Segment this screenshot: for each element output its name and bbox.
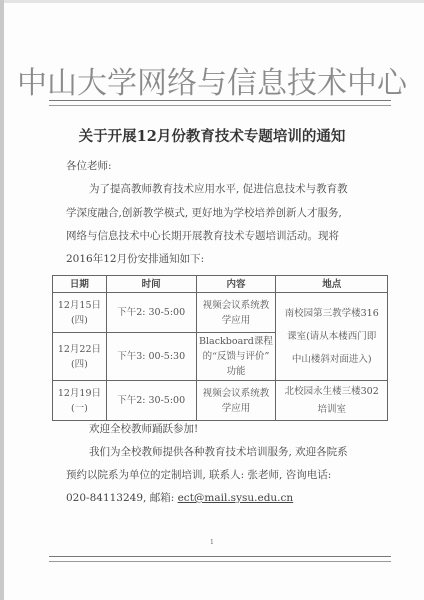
page-number: 1 xyxy=(210,539,214,546)
location-cell: 北校园永生楼三楼302培训室 xyxy=(276,381,388,421)
intro-line: 为了提高教师教育技术应用水平, 促进信息技术与教育教 xyxy=(89,181,348,196)
content-cell: Blackboard课程的“反馈与评价”功能 xyxy=(196,333,276,381)
contact-line: 020-84113249, 邮箱: ect@mail.sysu.edu.cn xyxy=(66,490,293,505)
time-cell: 下午2: 30-5:00 xyxy=(106,293,196,333)
welcome-text: 欢迎全校教师踊跃参加! xyxy=(89,421,198,436)
letterhead-rule xyxy=(49,100,391,106)
table-header-row: 日期 时间 内容 地点 xyxy=(53,276,388,293)
intro-line: 2016年12月份安排通知如下: xyxy=(66,251,204,266)
table-row: 12月19日(一) 下午2: 30-5:00 视频会议系统教学应用 北校园永生楼… xyxy=(53,381,388,421)
intro-line: 网络与信息技术中心长期开展教育技术专题培训活动。现将 xyxy=(66,228,339,243)
content-cell: 视频会议系统教学应用 xyxy=(196,293,276,333)
header-location: 地点 xyxy=(276,276,388,293)
salutation: 各位老师: xyxy=(66,158,112,173)
header-content: 内容 xyxy=(196,276,276,293)
header-date: 日期 xyxy=(53,276,107,293)
schedule-table: 日期 时间 内容 地点 12月15日(四) 下午2: 30-5:00 视频会议系… xyxy=(52,275,388,421)
phone-text: 020-84113249, 邮箱: xyxy=(66,492,178,504)
date-cell: 12月22日(四) xyxy=(53,333,107,381)
footer-rule xyxy=(49,556,391,562)
email-link[interactable]: ect@mail.sysu.edu.cn xyxy=(178,492,294,504)
letterhead-title: 中山大学网络与信息技术中心 xyxy=(0,58,424,102)
content-cell: 视频会议系统教学应用 xyxy=(196,381,276,421)
scan-top-edge xyxy=(0,0,424,3)
service-line: 我们为全校教师提供各种教育技术培训服务, 欢迎各院系 xyxy=(89,444,348,459)
date-cell: 12月19日(一) xyxy=(53,381,107,421)
location-cell: 南校园第三教学楼316课室(请从本楼西门即中山楼斜对面进入) xyxy=(276,293,388,381)
header-time: 时间 xyxy=(106,276,196,293)
notice-title: 关于开展12月份教育技术专题培训的通知 xyxy=(0,125,424,146)
date-cell: 12月15日(四) xyxy=(53,293,107,333)
time-cell: 下午3: 00-5:30 xyxy=(106,333,196,381)
table-row: 12月15日(四) 下午2: 30-5:00 视频会议系统教学应用 南校园第三教… xyxy=(53,293,388,333)
intro-line: 学深度融合,创新教学模式, 更好地为学校培养创新人才服务, xyxy=(66,205,342,220)
service-line: 预约以院系为单位的定制培训, 联系人: 张老师, 咨询电话: xyxy=(66,467,331,482)
time-cell: 下午2: 30-5:00 xyxy=(106,381,196,421)
